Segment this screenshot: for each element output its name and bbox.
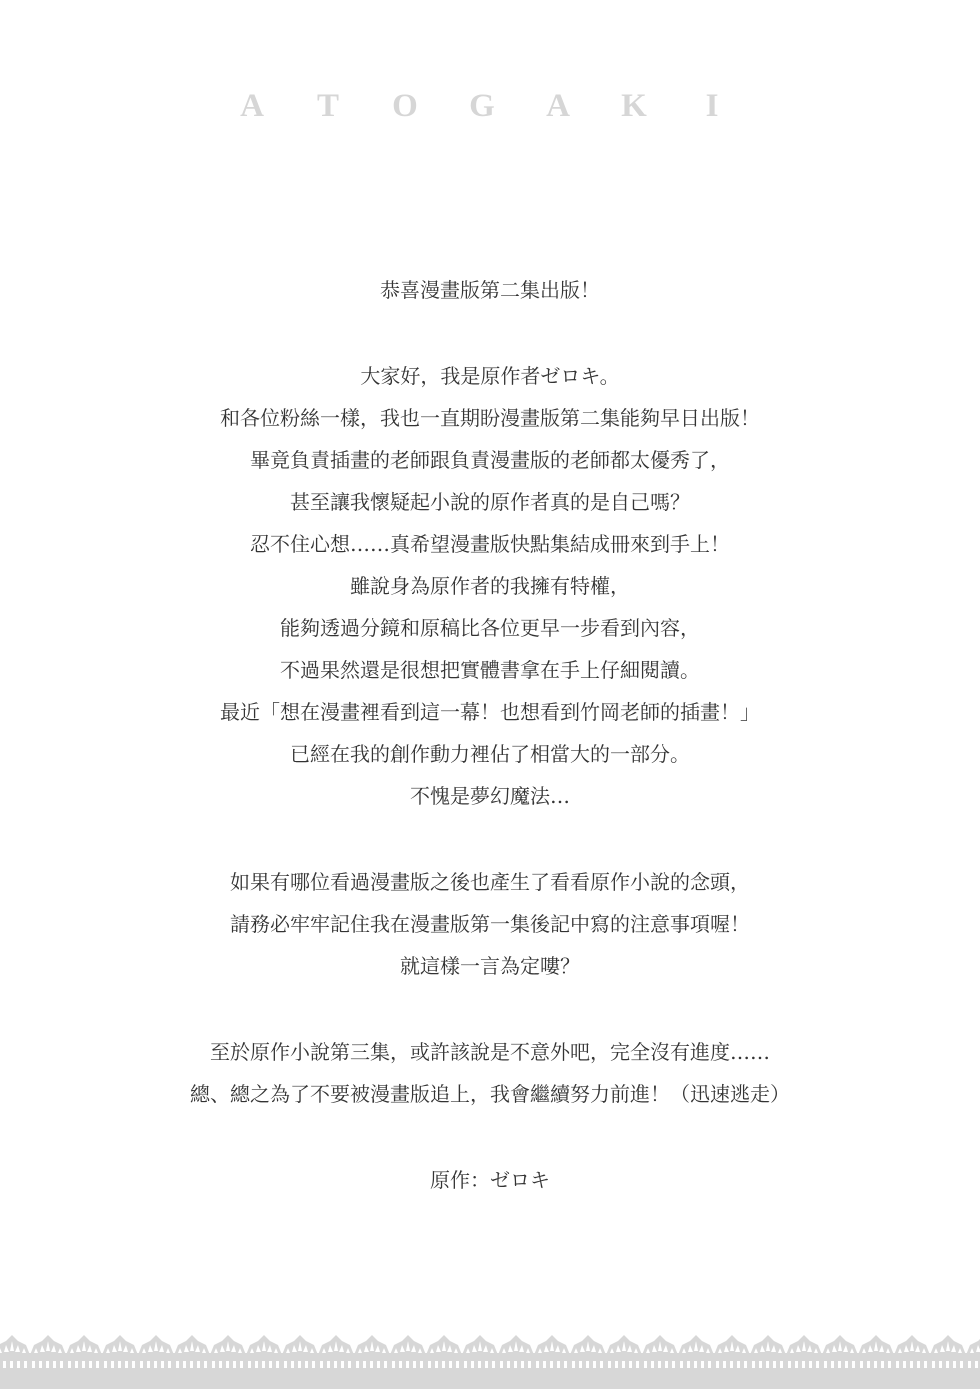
text-line: 畢竟負責插畫的老師跟負責漫畫版的老師都太優秀了， [0, 439, 980, 481]
paragraph-gap [0, 987, 980, 1031]
text-line: 忍不住心想……真希望漫畫版快點集結成冊來到手上！ [0, 523, 980, 565]
afterword-body: 恭喜漫畫版第二集出版！ 大家好，我是原作者ゼロキ。 和各位粉絲一樣，我也一直期盼… [0, 269, 980, 1201]
text-line: 和各位粉絲一樣，我也一直期盼漫畫版第二集能夠早日出版！ [0, 397, 980, 439]
text-line: 不愧是夢幻魔法… [0, 775, 980, 817]
text-line: 就這樣一言為定嘍？ [0, 945, 980, 987]
title-letter: K [621, 86, 647, 126]
title-letter: A [546, 86, 570, 126]
paragraph-gap [0, 817, 980, 861]
text-line: 不過果然還是很想把實體書拿在手上仔細閱讀。 [0, 649, 980, 691]
text-line: 如果有哪位看過漫畫版之後也產生了看看原作小說的念頭， [0, 861, 980, 903]
paragraph-gap [0, 311, 980, 355]
title-letter: G [469, 86, 495, 126]
text-line: 甚至讓我懷疑起小說的原作者真的是自己嗎？ [0, 481, 980, 523]
text-line: 雖說身為原作者的我擁有特權， [0, 565, 980, 607]
headline-congrats: 恭喜漫畫版第二集出版！ [0, 269, 980, 311]
text-line: 至於原作小說第三集，或許該說是不意外吧，完全沒有進度…… [0, 1031, 980, 1073]
lace-border-decoration [0, 1331, 980, 1389]
title-letter: A [240, 86, 264, 126]
text-line: 大家好，我是原作者ゼロキ。 [0, 355, 980, 397]
author-signature: 原作：ゼロキ [0, 1159, 980, 1201]
text-line: 最近「想在漫畫裡看到這一幕！也想看到竹岡老師的插畫！」 [0, 691, 980, 733]
text-line: 總、總之為了不要被漫畫版追上，我會繼續努力前進！（迅速逃走） [0, 1073, 980, 1115]
paragraph-gap [0, 1115, 980, 1159]
text-line: 能夠透過分鏡和原稿比各位更早一步看到內容， [0, 607, 980, 649]
title-letter: I [706, 86, 719, 126]
page-title-atogaki: A T O G A K I [0, 86, 980, 126]
text-line: 已經在我的創作動力裡佔了相當大的一部分。 [0, 733, 980, 775]
text-line: 請務必牢牢記住我在漫畫版第一集後記中寫的注意事項喔！ [0, 903, 980, 945]
title-letter: T [317, 86, 339, 126]
title-letter: O [392, 86, 418, 126]
